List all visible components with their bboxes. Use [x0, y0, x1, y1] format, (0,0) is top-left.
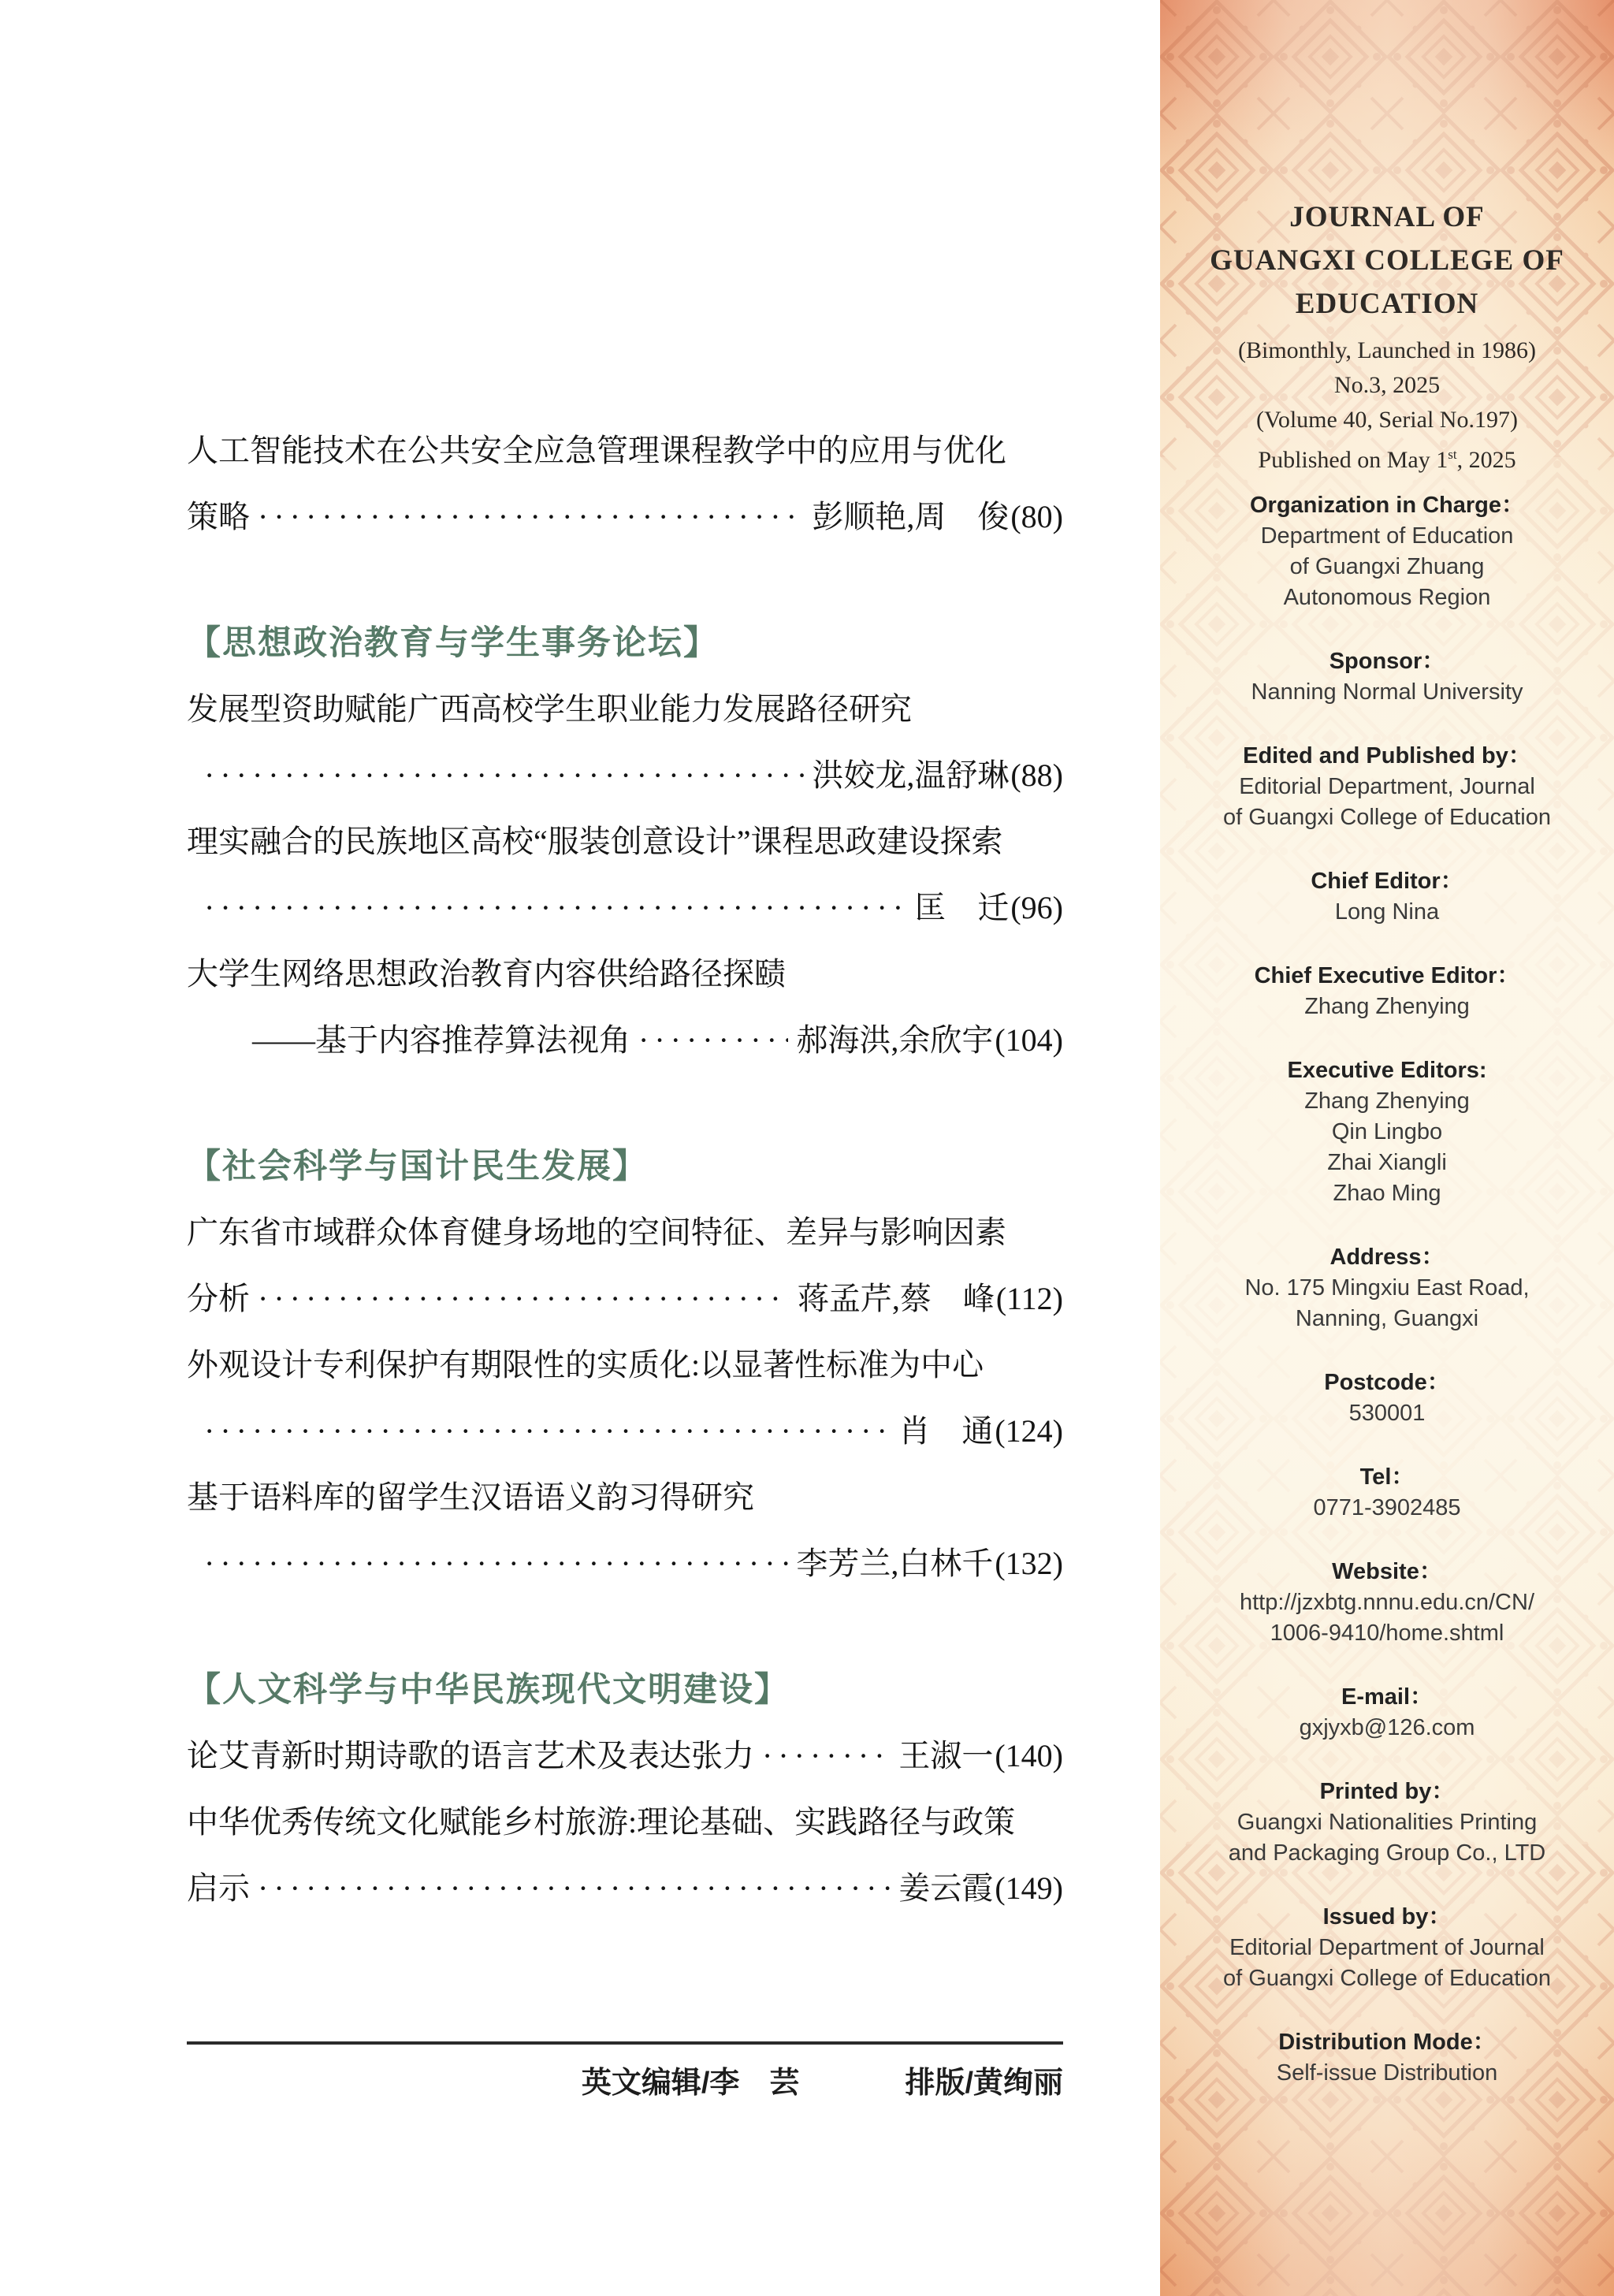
- info-value: Zhai Xiangli: [1181, 1148, 1594, 1178]
- info-label: Sponsor：: [1181, 646, 1594, 677]
- toc-entry-line: 匡 迁(96): [187, 875, 1063, 941]
- toc-entry-title: 论艾青新时期诗歌的语言艺术及表达张力: [187, 1723, 754, 1789]
- sidebar-info-block: Sponsor：Nanning Normal University: [1181, 646, 1594, 708]
- sidebar-info-block: Organization in Charge：Department of Edu…: [1181, 490, 1594, 613]
- info-value: gxjyxb@126.com: [1181, 1713, 1594, 1743]
- toc-entry-title: 大学生网络思想政治教育内容供给路径探赜: [187, 941, 786, 1007]
- info-value: No. 175 Mingxiu East Road,: [1181, 1273, 1594, 1304]
- info-label: Postcode：: [1181, 1368, 1594, 1398]
- journal-masthead: JOURNAL OFGUANGXI COLLEGE OFEDUCATION: [1181, 0, 1594, 326]
- info-value: Editorial Department of Journal: [1181, 1933, 1594, 1963]
- info-label: Issued by：: [1181, 1902, 1594, 1933]
- info-value: Qin Lingbo: [1181, 1117, 1594, 1148]
- toc-entry-page: (149): [995, 1855, 1063, 1922]
- toc-entry-line: 发展型资助赋能广西高校学生职业能力发展路径研究: [187, 676, 1063, 742]
- toc-dot-leader: [204, 1531, 788, 1597]
- sidebar-info-block: Distribution Mode：Self-issue Distributio…: [1181, 2027, 1594, 2089]
- toc-section-heading: 【社会科学与国计民生发展】: [187, 1133, 1063, 1200]
- toc-dot-leader: [204, 742, 804, 809]
- toc-entries: 人工智能技术在公共安全应急管理课程教学中的应用与优化策略彭顺艳,周 俊(80)【…: [187, 418, 1063, 1922]
- toc-entry-authors: 姜云霞: [898, 1855, 993, 1922]
- toc-entry-line: 分析蒋孟芹,蔡 峰(112): [187, 1266, 1063, 1332]
- toc-entry-authors: 李芳兰,白林千: [796, 1531, 993, 1597]
- toc-entry-line: ——基于内容推荐算法视角郝海洪,余欣宇(104): [187, 1007, 1063, 1074]
- english-editor-credit: 英文编辑/李 芸: [582, 2056, 800, 2111]
- toc-entry-authors: 彭顺艳,周 俊: [812, 484, 1009, 550]
- info-value: Self-issue Distribution: [1181, 2058, 1594, 2089]
- toc-dot-leader: [258, 1855, 891, 1922]
- published-line: Published on May 1st, 2025: [1181, 437, 1594, 478]
- toc-entry-line: 大学生网络思想政治教育内容供给路径探赜: [187, 941, 1063, 1007]
- toc-entry-title: 策略: [187, 484, 250, 550]
- toc-entry-line: 中华优秀传统文化赋能乡村旅游:理论基础、实践路径与政策: [187, 1789, 1063, 1855]
- info-value: Long Nina: [1181, 897, 1594, 928]
- toc-entry-authors: 郝海洪,余欣宇: [796, 1007, 993, 1074]
- toc-entry-title: 启示: [187, 1855, 250, 1922]
- toc-dot-leader: [204, 875, 906, 941]
- info-value: 1006-9410/home.shtml: [1181, 1618, 1594, 1649]
- toc-entry-line: 洪姣龙,温舒琳(88): [187, 742, 1063, 809]
- info-label: Distribution Mode：: [1181, 2027, 1594, 2058]
- toc-entry-page: (124): [995, 1398, 1063, 1464]
- credits-row: 英文编辑/李 芸 排版/黄绚丽: [187, 2056, 1063, 2111]
- toc-entry-title: ——基于内容推荐算法视角: [252, 1007, 630, 1074]
- toc-entry-authors: 匡 迁: [914, 875, 1009, 941]
- toc-section-heading: 【人文科学与中华民族现代文明建设】: [187, 1657, 1063, 1723]
- toc-entry-title: 分析: [187, 1266, 250, 1332]
- toc-entry-authors: 洪姣龙,温舒琳: [812, 742, 1009, 809]
- toc-entry-title: 理实融合的民族地区高校“服装创意设计”课程思政建设探索: [187, 809, 1003, 875]
- info-value: 0771-3902485: [1181, 1493, 1594, 1524]
- toc-entry-authors: 王淑一: [898, 1723, 993, 1789]
- table-of-contents: 人工智能技术在公共安全应急管理课程教学中的应用与优化策略彭顺艳,周 俊(80)【…: [187, 418, 1063, 2111]
- info-value: http://jzxbtg.nnnu.edu.cn/CN/: [1181, 1587, 1594, 1618]
- info-value: Autonomous Region: [1181, 582, 1594, 613]
- credits-divider: [187, 2041, 1063, 2045]
- toc-dot-leader: [762, 1723, 891, 1789]
- toc-section-heading: 【思想政治教育与学生事务论坛】: [187, 610, 1063, 676]
- info-label: E-mail：: [1181, 1682, 1594, 1713]
- toc-entry-authors: 肖 通: [898, 1398, 993, 1464]
- masthead-line: JOURNAL OF: [1181, 195, 1594, 239]
- issue-line: No.3, 2025: [1181, 368, 1594, 403]
- published-ordinal: st: [1448, 447, 1456, 462]
- toc-entry-line: 肖 通(124): [187, 1398, 1063, 1464]
- toc-dot-leader: [258, 1266, 790, 1332]
- published-suffix: , 2025: [1457, 447, 1516, 473]
- toc-entry-page: (80): [1010, 484, 1063, 550]
- sidebar-info-block: Chief Executive Editor：Zhang Zhenying: [1181, 961, 1594, 1022]
- toc-entry-line: 基于语料库的留学生汉语语义韵习得研究: [187, 1464, 1063, 1531]
- sidebar-info-block: Website：http://jzxbtg.nnnu.edu.cn/CN/100…: [1181, 1557, 1594, 1649]
- info-label: Address：: [1181, 1242, 1594, 1273]
- toc-entry-line: 外观设计专利保护有期限性的实质化:以显著性标准为中心: [187, 1332, 1063, 1398]
- toc-dot-leader: [638, 1007, 788, 1074]
- toc-entry-authors: 蒋孟芹,蔡 峰: [798, 1266, 995, 1332]
- toc-entry-title: 外观设计专利保护有期限性的实质化:以显著性标准为中心: [187, 1332, 984, 1398]
- toc-entry-line: 论艾青新时期诗歌的语言艺术及表达张力王淑一(140): [187, 1723, 1063, 1789]
- info-value: Department of Education: [1181, 521, 1594, 552]
- info-value: Nanning, Guangxi: [1181, 1304, 1594, 1334]
- masthead-line: GUANGXI COLLEGE OF: [1181, 239, 1594, 282]
- toc-entry-title: 人工智能技术在公共安全应急管理课程教学中的应用与优化: [187, 418, 1006, 484]
- info-value: Guangxi Nationalities Printing: [1181, 1807, 1594, 1838]
- toc-entry-line: 理实融合的民族地区高校“服装创意设计”课程思政建设探索: [187, 809, 1063, 875]
- info-value: Zhang Zhenying: [1181, 992, 1594, 1022]
- toc-entry-line: 策略彭顺艳,周 俊(80): [187, 484, 1063, 550]
- issue-info: (Bimonthly, Launched in 1986)No.3, 2025(…: [1181, 333, 1594, 478]
- sidebar-info-block: Postcode：530001: [1181, 1368, 1594, 1429]
- info-label: Website：: [1181, 1557, 1594, 1587]
- toc-entry-page: (88): [1010, 742, 1063, 809]
- toc-entry-page: (104): [995, 1007, 1063, 1074]
- sidebar-info-block: Chief Editor：Long Nina: [1181, 866, 1594, 928]
- toc-entry-page: (140): [995, 1723, 1063, 1789]
- info-value: 530001: [1181, 1398, 1594, 1429]
- sidebar-info-block: Printed by：Guangxi Nationalities Printin…: [1181, 1777, 1594, 1869]
- issue-line: (Bimonthly, Launched in 1986): [1181, 333, 1594, 368]
- info-value: and Packaging Group Co., LTD: [1181, 1838, 1594, 1869]
- toc-entry-title: 中华优秀传统文化赋能乡村旅游:理论基础、实践路径与政策: [187, 1789, 1015, 1855]
- toc-entry-line: 人工智能技术在公共安全应急管理课程教学中的应用与优化: [187, 418, 1063, 484]
- info-value: Zhang Zhenying: [1181, 1086, 1594, 1117]
- issue-line: (Volume 40, Serial No.197): [1181, 403, 1594, 437]
- publication-info-blocks: Organization in Charge：Department of Edu…: [1181, 490, 1594, 2089]
- toc-dot-leader: [204, 1398, 891, 1464]
- journal-info-sidebar: JOURNAL OFGUANGXI COLLEGE OFEDUCATION (B…: [1160, 0, 1614, 2296]
- toc-entry-title: 广东省市域群众体育健身场地的空间特征、差异与影响因素: [187, 1200, 1006, 1266]
- info-label: Executive Editors:: [1181, 1055, 1594, 1086]
- typesetter-credit: 排版/黄绚丽: [905, 2056, 1063, 2111]
- sidebar-content: JOURNAL OFGUANGXI COLLEGE OFEDUCATION (B…: [1160, 0, 1614, 2089]
- masthead-line: EDUCATION: [1181, 282, 1594, 326]
- info-label: Printed by：: [1181, 1777, 1594, 1807]
- info-label: Edited and Published by：: [1181, 741, 1594, 772]
- info-label: Tel：: [1181, 1462, 1594, 1493]
- sidebar-info-block: E-mail：gxjyxb@126.com: [1181, 1682, 1594, 1743]
- toc-dot-leader: [258, 484, 804, 550]
- info-value: Nanning Normal University: [1181, 677, 1594, 708]
- toc-entry-page: (96): [1010, 875, 1063, 941]
- toc-entry-page: (132): [995, 1531, 1063, 1597]
- sidebar-info-block: Tel：0771-3902485: [1181, 1462, 1594, 1524]
- toc-entry-line: 李芳兰,白林千(132): [187, 1531, 1063, 1597]
- info-label: Chief Executive Editor：: [1181, 961, 1594, 992]
- info-label: Chief Editor：: [1181, 866, 1594, 897]
- sidebar-info-block: Executive Editors:Zhang ZhenyingQin Ling…: [1181, 1055, 1594, 1209]
- info-label: Organization in Charge：: [1181, 490, 1594, 521]
- journal-toc-page: 人工智能技术在公共安全应急管理课程教学中的应用与优化策略彭顺艳,周 俊(80)【…: [0, 0, 1614, 2296]
- toc-entry-line: 广东省市域群众体育健身场地的空间特征、差异与影响因素: [187, 1200, 1063, 1266]
- toc-entry-title: 基于语料库的留学生汉语语义韵习得研究: [187, 1464, 754, 1531]
- published-prefix: Published on May 1: [1258, 447, 1448, 473]
- sidebar-info-block: Issued by：Editorial Department of Journa…: [1181, 1902, 1594, 1994]
- sidebar-info-block: Address：No. 175 Mingxiu East Road,Nannin…: [1181, 1242, 1594, 1334]
- sidebar-info-block: Edited and Published by：Editorial Depart…: [1181, 741, 1594, 833]
- info-value: of Guangxi College of Education: [1181, 1963, 1594, 1994]
- info-value: of Guangxi College of Education: [1181, 802, 1594, 833]
- toc-entry-page: (112): [996, 1266, 1063, 1332]
- info-value: of Guangxi Zhuang: [1181, 552, 1594, 582]
- toc-entry-title: 发展型资助赋能广西高校学生职业能力发展路径研究: [187, 676, 912, 742]
- toc-entry-line: 启示姜云霞(149): [187, 1855, 1063, 1922]
- info-value: Editorial Department, Journal: [1181, 772, 1594, 802]
- info-value: Zhao Ming: [1181, 1178, 1594, 1209]
